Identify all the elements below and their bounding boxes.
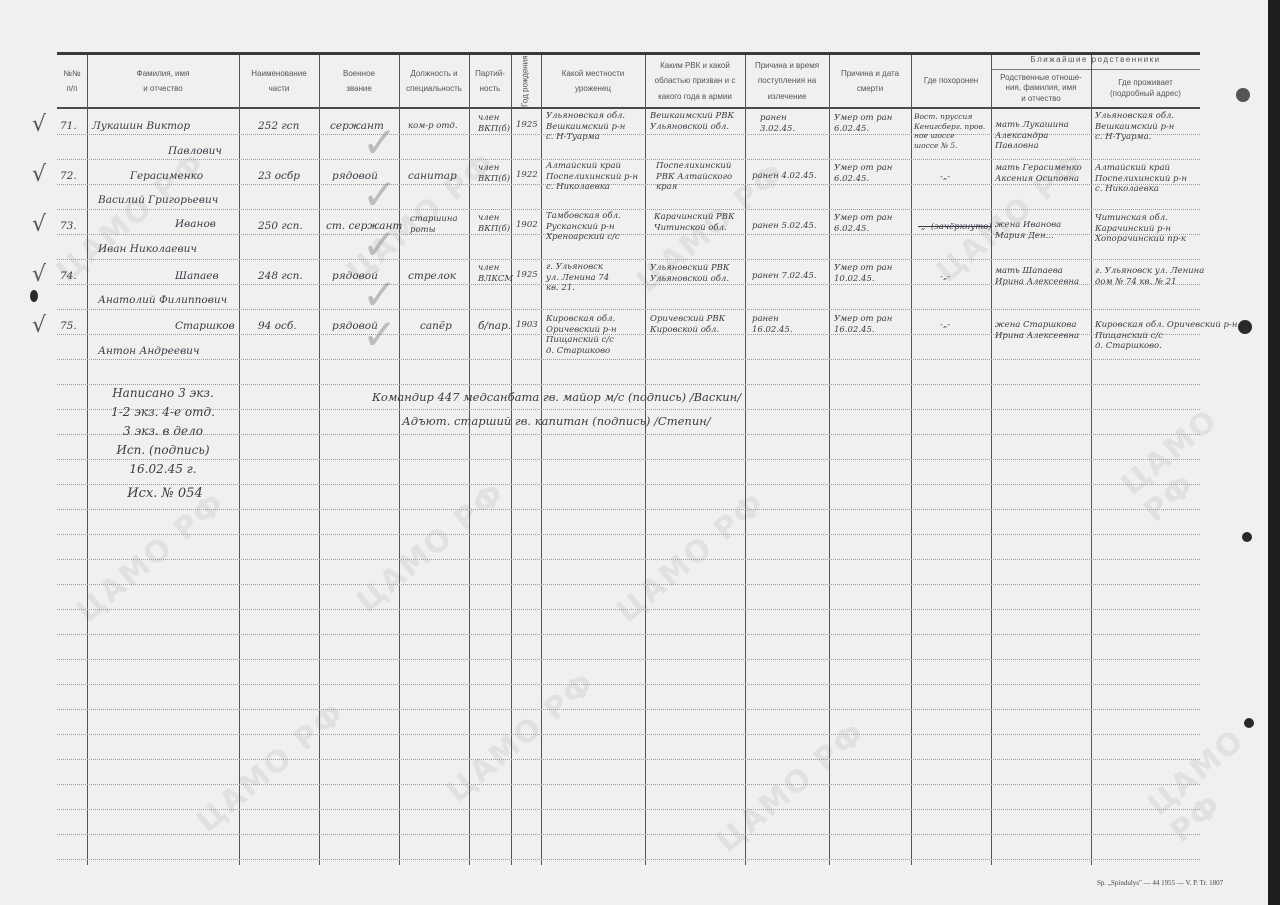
party-cell: член ВКП(б) [478,163,510,184]
row-rule [57,709,1200,710]
column-divider [745,55,746,865]
punch-hole [1242,532,1252,542]
name-cell: Лукашин Виктор [92,120,190,132]
watermark: ЦАМО РФ [70,485,232,629]
check-mark-icon: √ [32,112,46,137]
row-rule [57,734,1200,735]
admission-cell: ранен 5.02.45. [752,221,817,232]
row-rule [57,159,1200,160]
death-cell: Умер от ран 6.02.45. [834,113,892,134]
burial-cell: -„- [940,320,950,331]
column-divider [991,55,992,865]
watermark: ЦАМО РФ [190,695,352,839]
row-rule [57,684,1200,685]
kin-address-cell: г. Ульяновск ул. Ленина дом № 74 кв. № 2… [1095,266,1204,287]
burial-cell: Вост. пруссия Кенигсберг. пров. ное шосс… [914,112,985,150]
rank-cell: сержант [330,120,384,132]
position-cell: ком-р отд. [408,121,458,132]
column-divider [511,55,512,865]
watermark: ЦАМО РФ [440,665,602,809]
position-cell: санитар [408,170,457,182]
kin-name-cell: мать Лукашина Александра Павловна [995,120,1069,152]
scan-edge [1268,0,1280,905]
native-place-cell: Тамбовская обл. Русканский р-н Хреноарск… [546,211,621,243]
copies-note: Написано 3 экз. 1-2 экз. 4-е отд. 3 экз.… [88,384,238,479]
row-number: 72. [60,170,77,182]
kin-name-cell: мать Герасименко Аксения Осиповна [995,163,1087,184]
column-divider [541,55,542,865]
draft-cell: Вешкаимский РВК Ульяновской обл. [650,111,734,132]
rank-cell: рядовой [332,320,378,332]
unit-cell: 252 гсп [258,120,299,132]
check-mark-icon: √ [32,313,46,338]
native-place-cell: Ульяновская обл. Вешкаимский р-н с. Н-Ту… [546,111,625,143]
party-cell: член ВКП(б) [478,113,510,134]
position-cell: сапёр [420,320,452,332]
header-death: Причина и дата смерти [829,55,911,107]
row-rule [57,834,1200,835]
watermark: ЦАМО РФ [710,715,872,859]
row-rule [57,509,1200,510]
kin-name-cell: жена Старшкова Ирина Алексеевна [995,320,1079,341]
check-mark-icon: √ [32,212,46,237]
column-divider [469,55,470,865]
row-rule [57,609,1200,610]
check-mark-icon: √ [32,162,46,187]
kin-name-cell: жена Иванова Мария Ден... [995,220,1061,241]
document-page: ЦАМО РФ ЦАМО РФ ЦАМО РФ ЦАМО РФ ЦАМО РФ … [0,0,1268,905]
row-rule [57,534,1200,535]
death-cell: Умер от ран 10.02.45. [834,263,892,284]
header-party: Партий- ность [469,55,511,107]
header-kin-name: Родственные отноше- ния, фамилия, имя и … [991,70,1091,107]
party-cell: б/пар. [478,320,511,332]
draft-cell: Поспелихинский РВК Алтайского края [656,161,732,193]
punch-hole [1236,88,1250,102]
burial-cell: -„- [940,172,950,183]
watermark: ЦАМО РФ [610,485,772,629]
native-place-cell: г. Ульяновск ул. Ленина 74 кв. 21. [546,262,609,294]
kin-address-cell: Читинская обл. Карачинский р-н Хопорачин… [1095,213,1186,245]
check-mark-icon: √ [32,262,46,287]
name-cell-line2: Анатолий Филиппович [98,294,227,306]
column-divider [645,55,646,865]
burial-cell: -„- (зачёркнуто) [918,222,992,233]
row-number: 74. [60,270,77,282]
column-divider [911,55,912,865]
burial-cell: -„- [940,272,950,283]
commander-signature-line: Командир 447 медсанбата гв. майор м/с (п… [372,390,741,404]
row-number: 71. [60,120,77,132]
position-cell: старшина роты [410,214,458,235]
death-cell: Умер от ран 16.02.45. [834,314,892,335]
draft-cell: Ульяновский РВК Ульяновской обл. [650,263,730,284]
header-burial: Где похоронен [911,55,991,107]
header-native-place: Какой местности уроженец [541,55,645,107]
header-unit: Наименование части [239,55,319,107]
column-divider [399,55,400,865]
admission-cell: ранен 3.02.45. [760,113,795,134]
column-divider [829,55,830,865]
rank-cell: ст. сержант [326,220,402,232]
punch-hole [1238,320,1252,334]
admission-cell: ранен 16.02.45. [752,314,793,335]
admission-cell: ранен 7.02.45. [752,271,817,282]
header-draft: Каким РВК и какой областью призван и с к… [645,55,745,107]
outgoing-number: Исх. № 054 [100,484,230,503]
header-kin-group: Ближайшие родственники [991,55,1200,70]
native-place-cell: Алтайский край Поспелихинский р-н с. Ник… [546,161,638,193]
row-rule [57,784,1200,785]
rank-cell: рядовой [332,170,378,182]
rank-cell: рядовой [332,270,378,282]
watermark: ЦАМО РФ [1115,381,1273,530]
position-cell: стрелок [408,270,456,282]
row-rule [57,309,1200,310]
row-rule [57,359,1200,360]
birth-year-cell: 1903 [516,320,538,331]
row-rule [57,659,1200,660]
party-cell: член ВЛКСМ [478,263,513,284]
name-cell-line2: Павлович [168,145,222,157]
column-divider [1091,55,1092,865]
name-cell: Шапаев [175,270,219,282]
name-cell-line2: Василий Григорьевич [98,194,218,206]
row-number: 73. [60,220,77,232]
watermark: ЦАМО РФ [1141,720,1276,849]
name-cell: Иванов [175,218,216,230]
unit-cell: 248 гсп. [258,270,303,282]
kin-address-cell: Алтайский край Поспелихинский р-н с. Ник… [1095,163,1187,195]
birth-year-cell: 1902 [516,220,538,231]
death-cell: Умер от ран 6.02.45. [834,213,892,234]
header-position: Должность и специальность [399,55,469,107]
column-divider [239,55,240,865]
admission-cell: ранен 4.02.45. [752,171,817,182]
native-place-cell: Кировская обл. Оричевский р-н Пищанский … [546,314,617,356]
header-kin-address: Где проживает (подробный адрес) [1091,70,1200,107]
header-birth-year-label: Год рождения [521,55,531,106]
watermark: ЦАМО РФ [350,475,512,619]
row-rule [57,209,1200,210]
party-cell: член ВКП(б) [478,213,510,234]
print-footer: Sp. „Spindulys" — 44 1955 — V. P. Tr. 18… [1097,879,1223,887]
draft-cell: Оричевский РВК Кировской обл. [650,314,725,335]
row-rule [57,634,1200,635]
punch-hole [1244,718,1254,728]
check-mark-icon: ✓ [362,310,397,359]
death-cell: Умер от ран 6.02.45. [834,163,892,184]
header-num: №№ п/п [57,55,87,107]
unit-cell: 94 осб. [258,320,297,332]
header-birth-year: Год рождения [511,55,541,107]
draft-cell: Карачинский РВК Читинской обл. [654,212,735,233]
name-cell: Герасименко [130,170,203,182]
unit-cell: 250 гсп. [258,220,303,232]
table-header: №№ п/п Фамилия, имя и отчество Наименова… [57,55,1200,109]
row-rule [57,584,1200,585]
name-cell-line2: Иван Николаевич [98,243,197,255]
row-rule [57,559,1200,560]
row-rule [57,759,1200,760]
header-name: Фамилия, имя и отчество [87,55,239,107]
adjutant-signature-line: Адъют. старший гв. капитан (подпись) /Ст… [402,414,711,428]
header-rank: Военное звание [319,55,399,107]
row-rule [57,809,1200,810]
ink-blot [30,290,38,302]
birth-year-cell: 1922 [516,170,538,181]
unit-cell: 23 осбр [258,170,300,182]
row-rule [57,259,1200,260]
birth-year-cell: 1925 [516,120,538,131]
name-cell: Старшков [175,320,235,332]
row-rule [57,859,1200,860]
name-cell-line2: Антон Андреевич [98,345,199,357]
kin-name-cell: мать Шапаева Ирина Алексеевна [995,266,1079,287]
column-divider [319,55,320,865]
kin-address-cell: Ульяновская обл. Вешкаимский р-н с. Н-Ту… [1095,111,1174,143]
birth-year-cell: 1925 [516,270,538,281]
row-number: 75. [60,320,77,332]
header-admission: Причина и время поступления на излечение [745,55,829,107]
kin-address-cell: Кировская обл. Оричевский р-н Пищанский … [1095,320,1237,352]
